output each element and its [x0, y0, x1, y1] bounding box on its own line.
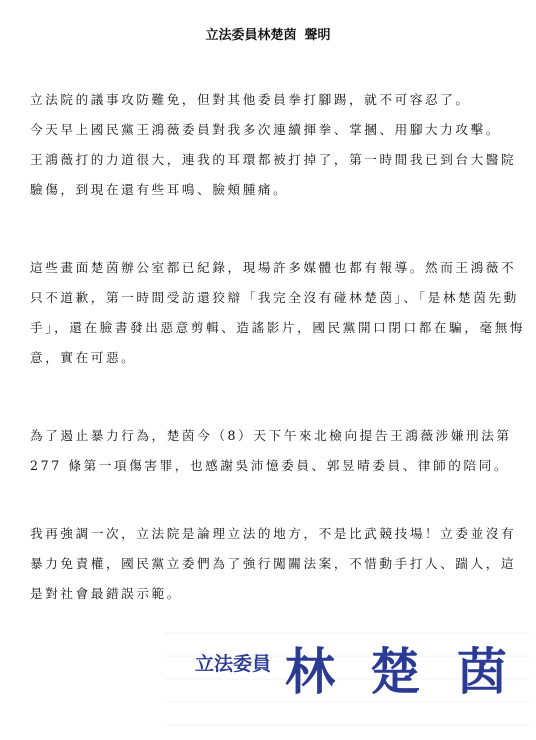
text-line: 王鴻薇打的力道很大，連我的耳環都被打掉了，第一時間我已到台大醫院: [30, 145, 510, 175]
text-line: 驗傷，到現在還有些耳鳴、臉頰腫痛。: [30, 175, 510, 205]
title-statement: 聲明: [305, 28, 331, 43]
signature-stamp: 立法委員 林 楚 茵: [165, 612, 530, 737]
paragraph-3: 為了遏止暴力行為，楚茵今（8）天下午來北檢向提告王鴻薇涉嫌刑法第 277 條第一…: [30, 421, 510, 481]
text-line: 只不道歉，第一時間受訪還狡辯「我完全沒有碰林楚茵」、「是林楚茵先動: [30, 283, 510, 313]
paragraph-4: 我再強調一次，立法院是論理立法的地方，不是比武競技場！立委並沒有 暴力免責權，國…: [30, 519, 510, 609]
stamp-name-char: 林: [285, 632, 335, 704]
text-line: 是對社會最錯誤示範。: [30, 579, 510, 609]
text-line: 今天早上國民黨王鴻薇委員對我多次連續揮拳、掌摑、用腳大力攻擊。: [30, 115, 510, 145]
paragraph-1: 立法院的議事攻防難免，但對其他委員拳打腳踢，就不可容忍了。 今天早上國民黨王鴻薇…: [30, 85, 510, 205]
stamp-title: 立法委員: [195, 649, 271, 676]
text-line: 277 條第一項傷害罪，也感謝吳沛憶委員、郭昱晴委員、律師的陪同。: [30, 451, 510, 481]
text-line: 意，實在可惡。: [30, 343, 510, 373]
text-line: 我再強調一次，立法院是論理立法的地方，不是比武競技場！立委並沒有: [30, 519, 510, 549]
text-line: 暴力免責權，國民黨立委們為了強行闖關法案，不惜動手打人、踹人，這: [30, 549, 510, 579]
document-title: 立法委員林楚茵聲明: [0, 24, 536, 43]
text-line: 立法院的議事攻防難免，但對其他委員拳打腳踢，就不可容忍了。: [30, 85, 510, 115]
stamp-name-char: 茵: [457, 632, 507, 704]
text-line: 為了遏止暴力行為，楚茵今（8）天下午來北檢向提告王鴻薇涉嫌刑法第: [30, 421, 510, 451]
text-line: 手」，還在臉書發出惡意剪輯、造謠影片，國民黨開口閉口都在騙，毫無悔: [30, 313, 510, 343]
text-line: 這些畫面楚茵辦公室都已紀錄，現場許多媒體也都有報導。然而王鴻薇不: [30, 253, 510, 283]
title-name: 立法委員林楚茵: [205, 28, 296, 43]
stamp-name-char: 楚: [370, 632, 420, 704]
paragraph-2: 這些畫面楚茵辦公室都已紀錄，現場許多媒體也都有報導。然而王鴻薇不 只不道歉，第一…: [30, 253, 510, 373]
